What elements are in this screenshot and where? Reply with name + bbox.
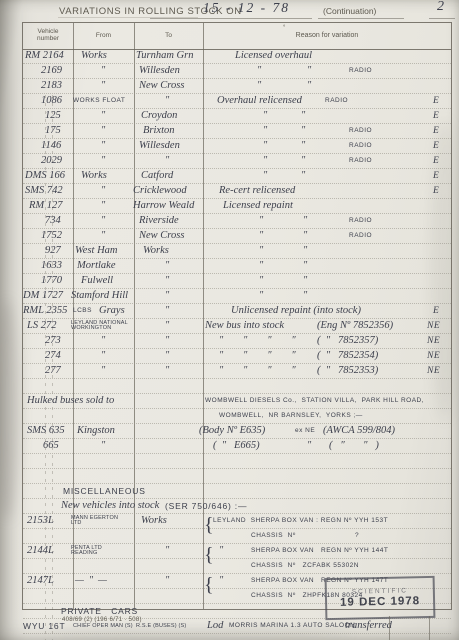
table-row: MISCELLANEOUS	[23, 484, 451, 499]
cell-text: RM 127	[29, 199, 63, 213]
cell-text: 2147L	[27, 574, 54, 588]
cell-text: ( ″ ″ )	[329, 439, 379, 453]
cell-text: Kingston	[77, 424, 115, 438]
cell-text: Brixton	[143, 124, 175, 138]
cell-text: 1146	[41, 139, 61, 153]
cell-text: New bus into stock	[205, 319, 284, 333]
cell-text: ( ″ E665)	[213, 439, 260, 453]
cell-text: ″	[101, 79, 105, 93]
table-row: WOMBWELL, NR BARNSLEY, YORKS ;—	[23, 409, 451, 424]
cell-text: 1770	[41, 274, 62, 288]
cell-text: ( ″ 7852354)	[317, 349, 378, 363]
cell-text: ″	[165, 574, 169, 588]
stock-flag: E	[433, 109, 439, 123]
page-number: 2	[437, 0, 444, 15]
cell-text: PRIVATE CARS	[61, 604, 138, 618]
cell-text: ″	[165, 349, 169, 363]
cell-text: Riverside	[139, 214, 179, 228]
cell-text: ″	[101, 349, 105, 363]
cell-text: 273	[45, 334, 61, 348]
cell-text: Works	[81, 49, 107, 63]
form-code: 408/69 (2) (196 6/71 · 508)	[62, 617, 142, 623]
cell-text: ″	[165, 334, 169, 348]
cell-text: New Cross	[139, 229, 184, 243]
page-number-underline	[429, 18, 455, 19]
cell-text: — ″ —	[75, 574, 107, 588]
table-row: 175″Brixton″″RADIOE	[23, 124, 451, 139]
cell-text: ″	[303, 229, 307, 243]
table-row: CHASSIS Nº?	[23, 529, 451, 544]
cell-text: 2169	[41, 64, 62, 78]
cell-text: ″	[303, 289, 307, 303]
cell-text: ″	[259, 274, 263, 288]
cell-text: Licensed repaint	[223, 199, 293, 213]
cell-text: MORRIS MARINA 1.3 AUTO SALOON	[229, 619, 355, 633]
stock-flag: E	[433, 124, 439, 138]
cell-text: WOMBWELL DIESELS Co., STATION VILLA, PAR…	[205, 394, 424, 408]
cell-text: ″	[101, 109, 105, 123]
table-row	[23, 469, 451, 484]
table-row: RM 127″Harrow WealdLicensed repaint	[23, 199, 451, 214]
table-row: 1146″Willesden″″RADIOE	[23, 139, 451, 154]
cell-text: WOMBWELL, NR BARNSLEY, YORKS ;—	[219, 409, 363, 423]
cell-text: ″	[263, 154, 267, 168]
continuation-underline	[318, 18, 404, 19]
rolling-stock-table: Vehicle number From To Reason for variat…	[22, 22, 452, 610]
cell-text: ″	[303, 244, 307, 258]
table-row: RM 2164WorksTurnham GrnLicensed overhaul	[23, 49, 451, 64]
cell-text: ″	[307, 439, 311, 453]
cell-text: ″	[259, 289, 263, 303]
col-header-from: From	[73, 32, 134, 39]
cell-text: DMS 166	[25, 169, 65, 183]
cell-text: 665	[43, 439, 59, 453]
cell-text: ″	[165, 544, 169, 558]
cell-text: WORKS FLOAT	[73, 94, 125, 108]
cell-text: 2183	[41, 79, 62, 93]
cell-text: ″	[101, 64, 105, 78]
cell-text: ″	[259, 229, 263, 243]
table-row: 2153LMANN EGERTON LTDWorks{LEYLAND SHERP…	[23, 514, 451, 529]
cell-text: Turnham Grn	[136, 49, 193, 63]
cell-text: ( ″ 7852357)	[317, 334, 378, 348]
cell-text: New vehicles into stock	[61, 499, 159, 513]
stock-flag: NE	[427, 334, 440, 348]
cell-text: 2144L	[27, 544, 54, 558]
table-row	[23, 634, 451, 640]
cell-text: 277	[45, 364, 61, 378]
cell-text: ″	[303, 214, 307, 228]
table-body: RM 2164WorksTurnham GrnLicensed overhaul…	[23, 49, 451, 609]
table-row: 1752″New Cross″″RADIO	[23, 229, 451, 244]
cell-text: RADIO	[349, 214, 372, 228]
cell-text: ″	[301, 169, 305, 183]
cell-text: RADIO	[349, 154, 372, 168]
cell-text: ″	[301, 154, 305, 168]
cell-text: ″	[301, 139, 305, 153]
cell-text: 2153L	[27, 514, 54, 528]
table-row: CHASSIS Nº ZCFABK 55302N	[23, 559, 451, 574]
stock-flag: E	[433, 154, 439, 168]
cell-text: MANN EGERTON LTD	[71, 516, 118, 528]
cell-text: ″	[101, 334, 105, 348]
cell-text: ″	[101, 214, 105, 228]
date-handwritten: 15 - 12 - 78	[203, 0, 290, 16]
cell-text: 175	[45, 124, 61, 138]
cell-text: 274	[45, 349, 61, 363]
stock-flag: NE	[427, 319, 440, 333]
cell-text: ″	[303, 259, 307, 273]
cell-text: 1086	[41, 94, 62, 108]
stock-flag: E	[433, 139, 439, 153]
cell-text: SHERPA BOX VAN REGN Nº YYH 144T	[251, 544, 388, 558]
cell-text: ″	[101, 184, 105, 198]
cell-text: Catford	[141, 169, 173, 183]
title-bar: VARIATIONS IN ROLLING STOCK ON 15 - 12 -…	[0, 0, 459, 22]
cell-text: RADIO	[349, 64, 372, 78]
cell-text: ″	[101, 139, 105, 153]
table-row: 2169″Willesden″″RADIO	[23, 64, 451, 79]
date-stamp: SCIENTIFIC 19 DEC 1978	[325, 576, 436, 620]
stock-flag: NE	[427, 349, 440, 363]
table-row: SMS 635Kingston(Body Nº E635)ex NE(AWCA …	[23, 424, 451, 439]
cell-text: Grays	[99, 304, 125, 318]
cell-text: (AWCA 599/804)	[323, 424, 395, 438]
stamp-label: SCIENTIFIC	[352, 587, 408, 595]
cell-text: CHASSIS Nº ZCFABK 55302N	[251, 559, 359, 573]
table-row: 2144LPENTA LTD READING″{″SHERPA BOX VAN …	[23, 544, 451, 559]
cell-text: ″	[165, 154, 169, 168]
table-row: Hulked buses sold toWOMBWELL DIESELS Co.…	[23, 394, 451, 409]
table-row	[23, 454, 451, 469]
cell-text: ″	[307, 64, 311, 78]
cell-text: ″	[101, 154, 105, 168]
cell-text: Croydon	[141, 109, 177, 123]
table-row: 274″″″ ″ ″ ″( ″ 7852354)NE	[23, 349, 451, 364]
cell-text: 1752	[41, 229, 62, 243]
cell-text: (SER 750/646) :—	[165, 499, 247, 513]
cell-text: ″	[263, 124, 267, 138]
cell-text: LCBS	[73, 304, 92, 318]
table-row: LS 272LEYLAND NATIONAL WORKINGTON″New bu…	[23, 319, 451, 334]
cell-text: ″	[303, 274, 307, 288]
cell-text: ″	[301, 109, 305, 123]
cell-text: ″	[219, 544, 223, 558]
stock-flag: E	[433, 184, 439, 198]
cell-text: DM 1727	[23, 289, 63, 303]
cell-text: ″ ″ ″ ″	[219, 349, 296, 363]
cell-text: ″	[257, 79, 261, 93]
cell-text: 125	[45, 109, 61, 123]
below-table-line	[389, 616, 390, 640]
cell-text: Works	[143, 244, 169, 258]
cell-text: ″	[259, 244, 263, 258]
cell-text: ″	[165, 319, 169, 333]
cell-text: 1633	[41, 259, 62, 273]
table-header: Vehicle number From To Reason for variat…	[23, 23, 451, 50]
cell-text: transferred	[345, 619, 392, 633]
cell-text: RM 2164	[25, 49, 64, 63]
cell-text: ?	[355, 529, 359, 543]
cell-text: Unlicensed repaint (into stock)	[231, 304, 361, 318]
cell-text: ″	[263, 169, 267, 183]
cell-text: ″	[165, 259, 169, 273]
table-row	[23, 379, 451, 394]
cell-text: RADIO	[349, 124, 372, 138]
below-table-line	[429, 616, 430, 640]
cell-text: ″	[165, 364, 169, 378]
date-underline	[150, 18, 312, 19]
table-row: 277″″″ ″ ″ ″( ″ 7852353)NE	[23, 364, 451, 379]
table-row: 1770Fulwell″″″	[23, 274, 451, 289]
cell-text: Willesden	[139, 139, 180, 153]
cell-text: RADIO	[325, 94, 348, 108]
table-row: 665″( ″ E665)″( ″ ″ )	[23, 439, 451, 454]
cell-text: ″	[219, 574, 223, 588]
col-header-to: To	[134, 32, 203, 39]
cell-text: 927	[45, 244, 61, 258]
cell-text: LEYLAND SHERPA BOX VAN : REGN Nº YYH 153…	[213, 514, 388, 528]
cell-text: SMS 635	[27, 424, 65, 438]
table-row: 273″″″ ″ ″ ″( ″ 7852357)NE	[23, 334, 451, 349]
table-row: DMS 166WorksCatford″″E	[23, 169, 451, 184]
continuation-label: (Continuation)	[323, 6, 376, 16]
cell-text: ″ ″ ″ ″	[219, 364, 296, 378]
cell-text: ″	[101, 124, 105, 138]
table-row: RML 2355LCBSGrays″Unlicensed repaint (in…	[23, 304, 451, 319]
cell-text: LEYLAND NATIONAL WORKINGTON	[71, 321, 128, 333]
cell-text: Harrow Weald	[133, 199, 194, 213]
cell-text: Fulwell	[81, 274, 113, 288]
cell-text: Hulked buses sold to	[27, 394, 114, 408]
cell-text: ″	[259, 259, 263, 273]
cell-text: RADIO	[349, 139, 372, 153]
cell-text: Licensed overhaul	[235, 49, 312, 63]
cell-text: ″	[307, 79, 311, 93]
cell-text: MISCELLANEOUS	[63, 484, 146, 498]
cell-text: Lod	[207, 619, 223, 633]
cell-text: WYU 16T	[23, 619, 65, 633]
cell-text: ″	[259, 214, 263, 228]
table-row: 927West HamWorks″″	[23, 244, 451, 259]
cell-text: LS 272	[27, 319, 56, 333]
cell-text: Overhaul relicensed	[217, 94, 302, 108]
stock-flag: E	[433, 94, 439, 108]
cell-text: Stamford Hill	[71, 289, 128, 303]
cell-text: Willesden	[139, 64, 180, 78]
cell-text: PENTA LTD READING	[71, 546, 102, 558]
cell-text: ″	[101, 229, 105, 243]
cell-text: RML 2355	[23, 304, 67, 318]
cell-text: RADIO	[349, 229, 372, 243]
cell-text: ″	[165, 289, 169, 303]
cell-text: SMS 742	[25, 184, 63, 198]
cell-text: West Ham	[75, 244, 118, 258]
cell-text: ″	[165, 274, 169, 288]
cell-text: ″	[301, 124, 305, 138]
cell-text: Re-cert relicensed	[219, 184, 295, 198]
cell-text: ″	[101, 199, 105, 213]
cell-text: ″	[101, 439, 105, 453]
cell-text: ( ″ 7852353)	[317, 364, 378, 378]
cell-text: New Cross	[139, 79, 184, 93]
table-row: 2183″New Cross″″	[23, 79, 451, 94]
cell-text: Works	[141, 514, 167, 528]
table-row: 125″Croydon″″E	[23, 109, 451, 124]
header-mark: °	[283, 25, 285, 31]
cell-text: ″ ″ ″ ″	[219, 334, 296, 348]
table-row: 1086WORKS FLOAT″Overhaul relicensedRADIO…	[23, 94, 451, 109]
cell-text: (Body Nº E635)	[199, 424, 265, 438]
stamp-date: 19 DEC 1978	[340, 595, 420, 609]
table-row: 734″Riverside″″RADIO	[23, 214, 451, 229]
cell-text: ″	[263, 109, 267, 123]
table-row: 2029″″″″RADIOE	[23, 154, 451, 169]
cell-text: 734	[45, 214, 61, 228]
cell-text: Cricklewood	[133, 184, 187, 198]
stock-flag: E	[433, 169, 439, 183]
cell-text: ″	[165, 94, 169, 108]
stock-flag: E	[433, 304, 439, 318]
table-row: 1633Mortlake″″″	[23, 259, 451, 274]
table-row: DM 1727Stamford Hill″″″	[23, 289, 451, 304]
cell-text: ″	[257, 64, 261, 78]
cell-text: Works	[81, 169, 107, 183]
cell-text: ″	[101, 364, 105, 378]
table-row: SMS 742″CricklewoodRe-cert relicensedE	[23, 184, 451, 199]
cell-text: CHASSIS Nº	[251, 529, 296, 543]
cell-text: (Eng Nº 7852356)	[317, 319, 393, 333]
table-row: New vehicles into stock(SER 750/646) :—	[23, 499, 451, 514]
cell-text: ″	[263, 139, 267, 153]
stock-flag: NE	[427, 364, 440, 378]
col-header-vehicle-number: Vehicle number	[23, 28, 73, 42]
cell-text: ex NE	[295, 424, 315, 438]
cell-text: Mortlake	[77, 259, 116, 273]
cell-text: ″	[165, 304, 169, 318]
col-header-reason: Reason for variation	[203, 32, 451, 39]
cell-text: 2029	[41, 154, 62, 168]
cell-text: R.S.E (BUSES) (S)	[136, 619, 186, 633]
